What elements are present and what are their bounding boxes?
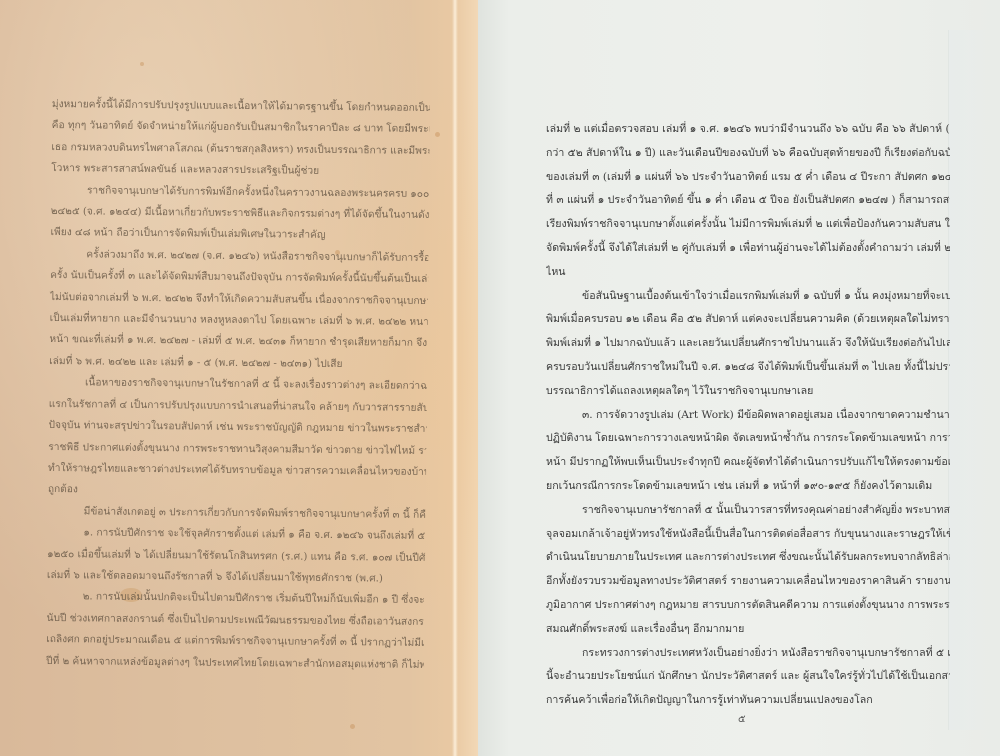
text-line: ยกเว้นกรณีการกระโดดข้ามเลขหน้า เช่น เล่ม… — [546, 475, 950, 499]
text-line: จุลจอมเกล้าเจ้าอยู่หัวทรงใช้หนังสือนี้เป… — [546, 523, 950, 547]
left-page-text: มุ่งหมายครั้งนี้ได้มีการปรับปรุงรูปแบบแล… — [46, 94, 430, 676]
text-line: พิมพ์เมื่อครบรอบ ๑๒ เดือน คือ ๕๒ สัปดาห์… — [546, 308, 950, 332]
paper-stain — [140, 62, 144, 66]
text-line: เรียงพิมพ์ราชกิจจานุเบกษาตั้งแต่ครั้งนั้… — [546, 213, 950, 237]
text-line: กว่า ๕๒ สัปดาห์ใน ๑ ปี) และวันเดือนปีของ… — [546, 142, 950, 166]
open-book-spread: มุ่งหมายครั้งนี้ได้มีการปรับปรุงรูปแบบแล… — [0, 0, 1000, 756]
text-line: ๓. การจัดวางรูปเล่ม (Art Work) มีข้อผิดพ… — [546, 404, 950, 428]
text-line: ปฏิบัติงาน โดยเฉพาะการวางเลขหน้าผิด จัดเ… — [546, 427, 950, 451]
text-line: ไหน — [546, 261, 950, 285]
text-line: ที่ ๓ แผ่นที่ ๑ ประจำวันอาทิตย์ ขึ้น ๑ ค… — [546, 189, 950, 213]
text-line: ครบรอบวันเปลี่ยนศักราชใหม่ในปี จ.ศ. ๑๒๔๘… — [546, 356, 950, 380]
text-line: สมณศักดิ์พระสงฆ์ และเรื่องอื่นๆ อีกมากมา… — [546, 618, 950, 642]
text-line: การค้นคว้าเพื่อก่อให้เกิดปัญญาในการรู้เท… — [546, 689, 950, 713]
paper-stain — [435, 132, 440, 137]
text-line: ของเล่มที่ ๓ (เล่มที่ ๑ แผ่นที่ ๖๖ ประจำ… — [546, 166, 950, 190]
page-edge — [948, 30, 989, 730]
text-line: จัดพิมพ์ครั้งนี้ จึงได้ใส่เล่มที่ ๒ คู่ก… — [546, 237, 950, 261]
text-line: ทำให้ราษฎรไทยและชาวต่างประเทศได้รับทราบข… — [48, 458, 426, 483]
text-line: ข้อสันนิษฐานเบื้องต้นเข้าใจว่าเมื่อแรกพิ… — [546, 285, 950, 309]
text-line: กระทรวงการต่างประเทศหวังเป็นอย่างยิ่งว่า… — [546, 642, 950, 666]
text-line: นี้จะอำนวยประโยชน์แก่ นักศึกษา นักประวัต… — [546, 665, 950, 689]
left-page: มุ่งหมายครั้งนี้ได้มีการปรับปรุงรูปแบบแล… — [0, 0, 478, 756]
text-line: ปีที่ ๒ ค้นหาจากแหล่งข้อมูลต่างๆ ในประเท… — [46, 651, 424, 676]
right-page-text: เล่มที่ ๒ แต่เมื่อตรวจสอบ เล่มที่ ๑ จ.ศ.… — [546, 118, 950, 713]
page-number: ๕ — [738, 712, 746, 727]
text-line: ราชกิจจานุเบกษารัชกาลที่ ๕ นั้นเป็นวารสา… — [546, 499, 950, 523]
text-line: อีกทั้งยังรวบรวมข้อมูลทางประวัติศาสตร์ ร… — [546, 570, 950, 594]
paper-stain — [350, 724, 355, 729]
text-line: บรรณาธิการได้แถลงเหตุผลใดๆ ไว้ในราชกิจจา… — [546, 380, 950, 404]
gutter-highlight — [452, 0, 458, 756]
text-line: เล่มที่ ๒ แต่เมื่อตรวจสอบ เล่มที่ ๑ จ.ศ.… — [546, 118, 950, 142]
text-line: หน้า มีปรากฏให้พบเห็นเป็นประจำทุกปี คณะผ… — [546, 451, 950, 475]
text-line: ภูมิอากาศ ประกาศต่างๆ กฎหมาย สารบบการตัด… — [546, 594, 950, 618]
text-line: พิมพ์เล่มที่ ๑ ไปมากฉบับแล้ว และเลยวันเป… — [546, 332, 950, 356]
text-line: ดำเนินนโยบายภายในประเทศ และการต่างประเทศ… — [546, 546, 950, 570]
